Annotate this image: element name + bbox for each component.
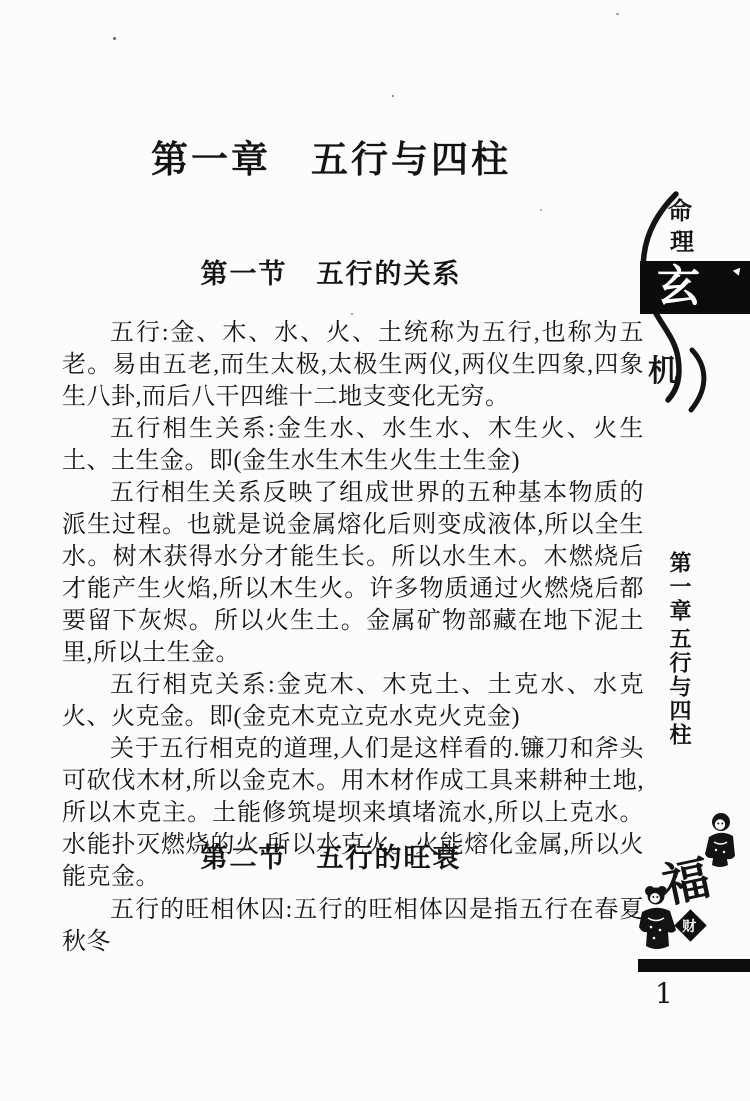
scan-speck xyxy=(351,313,353,315)
section-2-body: 五行的旺相休囚:五行的旺相体囚是指五行在春夏秋冬 xyxy=(62,894,644,958)
section-1-heading: 第一节 五行的关系 xyxy=(42,257,620,291)
scan-speck xyxy=(113,37,116,40)
paragraph: 五行的旺相休囚:五行的旺相体囚是指五行在春夏秋冬 xyxy=(62,894,644,958)
section-1-body: 五行:金、木、水、火、土统称为五行,也称为五老。易由五老,而生太极,太极生两仪,… xyxy=(62,317,644,893)
logo-char-ming: 命 xyxy=(668,191,692,226)
fu-blessing-character: 福 xyxy=(658,854,714,913)
logo-char-li: 理 xyxy=(670,222,694,257)
logo-black-band: 玄 xyxy=(640,261,750,314)
cai-character: 财 xyxy=(682,916,696,936)
section-2-heading: 第二节 五行的旺衰 xyxy=(42,841,620,875)
paragraph: 五行相生关系反映了组成世界的五种基本物质的派生过程。也就是说金属熔化后则变成液体… xyxy=(62,477,644,669)
paragraph: 五行相生关系:金生水、水生水、木生火、火生土、土生金。即(金生水生木生火生土生金… xyxy=(62,413,644,477)
scan-speck xyxy=(392,95,394,97)
footer-bar xyxy=(638,959,750,972)
margin-chapter-title: 五行与四柱 xyxy=(664,627,695,747)
logo-char-ji: 机 xyxy=(648,346,678,390)
book-page-scan: 第一章 五行与四柱 第一节 五行的关系 五行:金、木、水、火、土统称为五行,也称… xyxy=(0,0,750,1101)
chapter-heading: 第一章 五行与四柱 xyxy=(36,138,626,182)
band-notch-icon xyxy=(733,265,744,276)
logo-char-xuan: 玄 xyxy=(657,264,700,311)
paragraph: 五行:金、木、水、火、土统称为五行,也称为五老。易由五老,而生太极,太极生两仪,… xyxy=(62,317,644,413)
paragraph: 五行相克关系:金克木、木克土、土克水、水克火、火克金。即(金克木克立克水克火克金… xyxy=(62,669,644,733)
scan-speck xyxy=(540,209,542,211)
page-number: 1 xyxy=(655,977,673,1010)
lucky-child-icon xyxy=(701,812,739,870)
scan-speck xyxy=(616,13,619,15)
margin-chapter-number: 第一章 xyxy=(664,551,695,623)
